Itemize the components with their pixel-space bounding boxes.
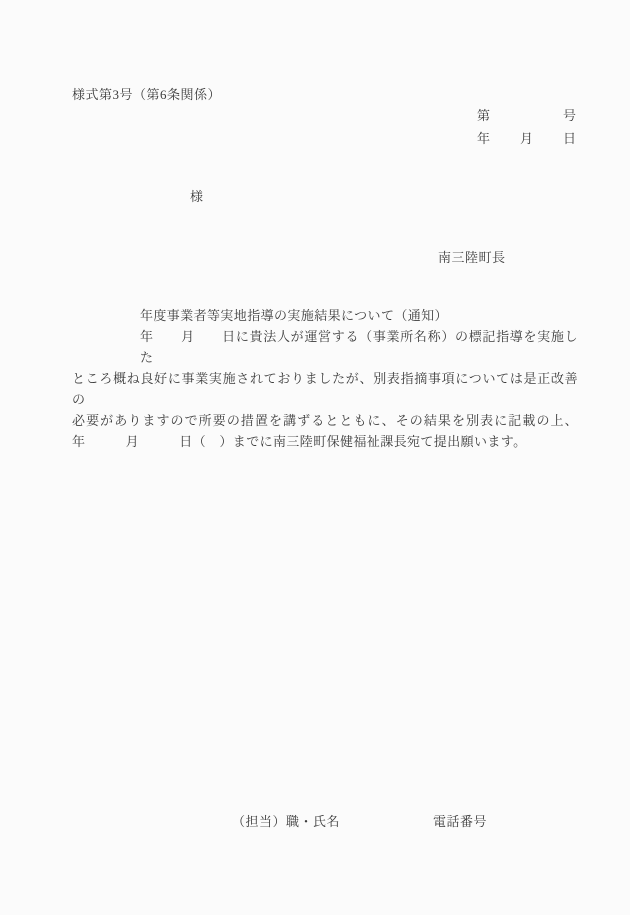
doc-number-suffix: 号 bbox=[563, 105, 576, 126]
doc-number-line: 第 号 bbox=[477, 105, 576, 126]
footer-phone-label: 電話番号 bbox=[433, 811, 487, 832]
body-line-3: 必要がありますので所要の措置を講ずるとともに、その結果を別表に記載の上、 bbox=[72, 410, 578, 431]
date-year-label: 年 bbox=[477, 128, 490, 149]
body-title: 年度事業者等実地指導の実施結果について（通知） bbox=[72, 305, 578, 326]
date-month-label: 月 bbox=[520, 128, 533, 149]
sender-name: 南三陸町長 bbox=[438, 247, 506, 268]
body-line-4: 年 月 日（ ）までに南三陸町保健福祉課長宛て提出願います。 bbox=[72, 431, 578, 452]
body-line-1: 年 月 日に貴法人が運営する（事業所名称）の標記指導を実施した bbox=[72, 326, 578, 368]
date-line: 年 月 日 bbox=[477, 128, 576, 149]
footer-contact-label: （担当）職・氏名 bbox=[232, 811, 340, 832]
document-page: 様式第3号（第6条関係） 第 号 年 月 日 様 南三陸町長 年度事業者等実地指… bbox=[0, 0, 630, 915]
body-line-2: ところ概ね良好に事業実施されておりましたが、別表指摘事項については是正改善の bbox=[72, 368, 578, 410]
doc-number-prefix: 第 bbox=[477, 105, 490, 126]
body-text: 年度事業者等実地指導の実施結果について（通知） 年 月 日に貴法人が運営する（事… bbox=[72, 305, 578, 452]
form-code: 様式第3号（第6条関係） bbox=[72, 84, 221, 105]
addressee-honorific: 様 bbox=[190, 186, 203, 207]
date-day-label: 日 bbox=[563, 128, 576, 149]
